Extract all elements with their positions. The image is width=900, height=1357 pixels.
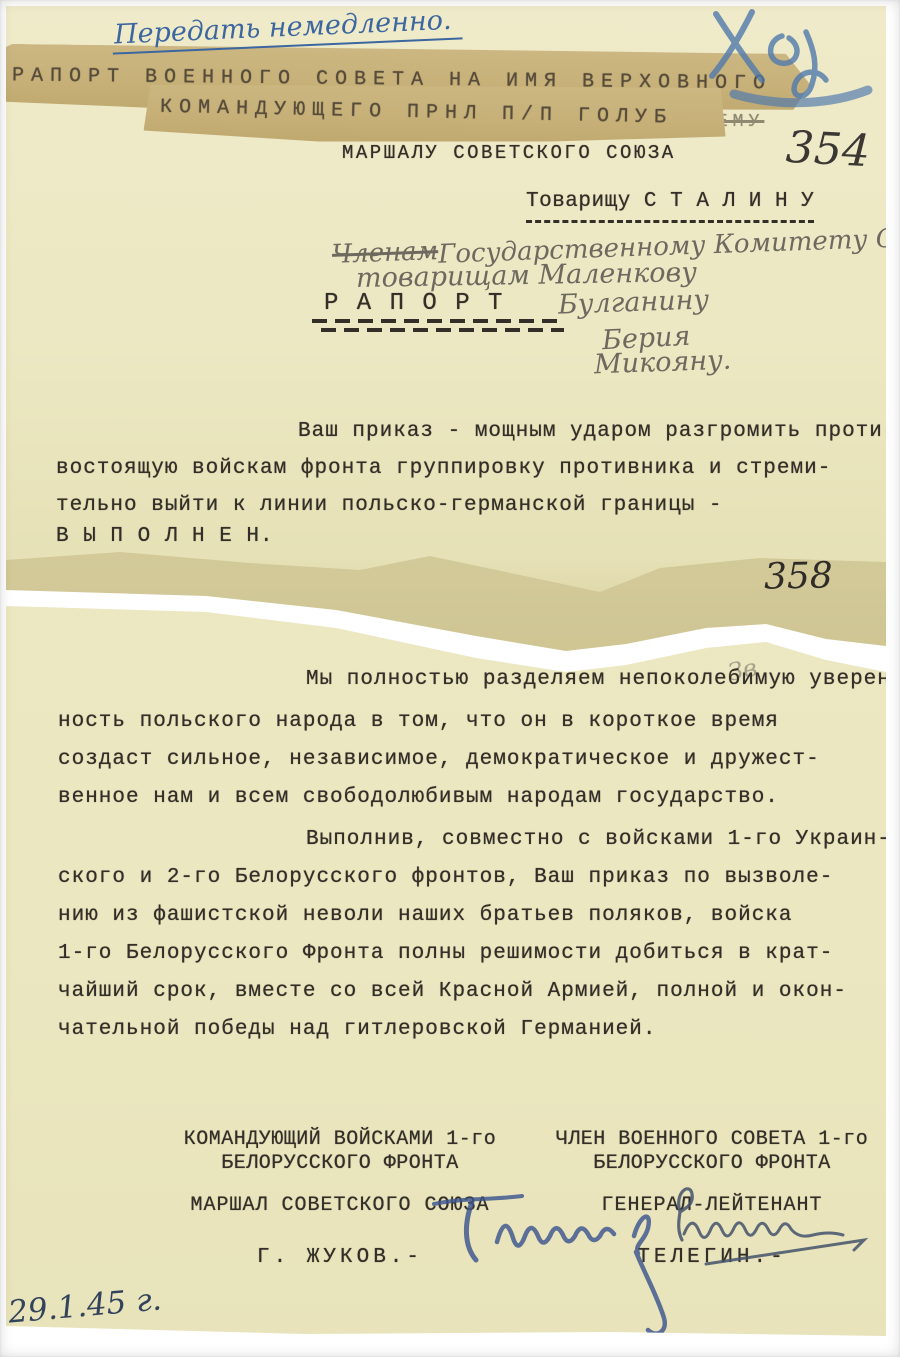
page1-line: В Ы П О Л Н Е Н.: [56, 525, 274, 548]
document-scan: Передать немедленно. ВЕРХОВНОМУ ГЛАВНОКО…: [0, 0, 900, 1357]
page2-line: Мы полностью разделяем непоколебимую уве…: [306, 668, 900, 691]
page2-line: нию из фашистской неволи наших братьев п…: [58, 904, 793, 927]
signatory-title-line: БЕЛОРУССКОГО ФРОНТА: [221, 1152, 459, 1175]
marshal-line: МАРШАЛУ СОВЕТСКОГО СОЮЗА: [342, 142, 676, 164]
signatory-title-line: КОМАНДУЮЩИЙ ВОЙСКАМИ 1-го: [184, 1128, 497, 1151]
page2-line: чательной победы над гитлеровской Герман…: [58, 1018, 657, 1041]
addressee-line: Товарищу С Т А Л И Н У: [526, 190, 814, 223]
page2-line: ского и 2-го Белорусского фронтов, Ваш п…: [58, 866, 833, 889]
report-title-double-underline: [312, 319, 564, 333]
sheet-page-354: Передать немедленно. ВЕРХОВНОМУ ГЛАВНОКО…: [6, 6, 886, 606]
page2-line: венное нам и всем свободолюбивым народам…: [58, 786, 779, 809]
date-note-handwritten: 29.1.45 г.: [7, 1281, 163, 1330]
telegin-signature: [679, 1189, 864, 1264]
page-number-358: 358: [764, 555, 833, 597]
signatory-title-line: БЕЛОРУССКОГО ФРОНТА: [593, 1152, 831, 1175]
signatory-name-zhukov: Г. ЖУКОВ.-: [257, 1246, 423, 1269]
signatory-title-line: ЧЛЕН ВОЕННОГО СОВЕТА 1-го: [556, 1128, 869, 1151]
page2-line: создаст сильное, независимое, демократич…: [58, 748, 820, 771]
pencil-note-line-3: Булганину: [558, 284, 710, 320]
page-number-354: 354: [785, 122, 872, 177]
top-note-handwritten: Передать немедленно.: [111, 4, 462, 54]
pencil-note-line-5: Микояну.: [594, 345, 732, 381]
page1-line: тельно выйти к линии польско-германской …: [56, 494, 723, 517]
page2-line: Выполнив, совместно с войсками 1-го Укра…: [306, 828, 891, 851]
page2-line: 1-го Белорусского Фронта полны решимости…: [58, 942, 833, 965]
tape-label-line-2: КОМАНДУЮЩЕГО ПРНЛ П/П ГОЛУБ: [160, 96, 673, 130]
corner-scribble-icon: [690, 6, 886, 124]
page1-line: востоящую войскам фронта группировку про…: [56, 457, 831, 480]
page2-line: чайший срок, вместе со всей Красной Арми…: [58, 980, 847, 1003]
page2-line: ность польского народа в том, что он в к…: [58, 710, 779, 733]
page1-line: Ваш приказ - мощным ударом разгромить пр…: [298, 420, 897, 443]
zhukov-signature: [434, 1196, 665, 1334]
report-title: Р А П О Р Т: [324, 290, 504, 317]
signatures-ink: [406, 1180, 892, 1352]
